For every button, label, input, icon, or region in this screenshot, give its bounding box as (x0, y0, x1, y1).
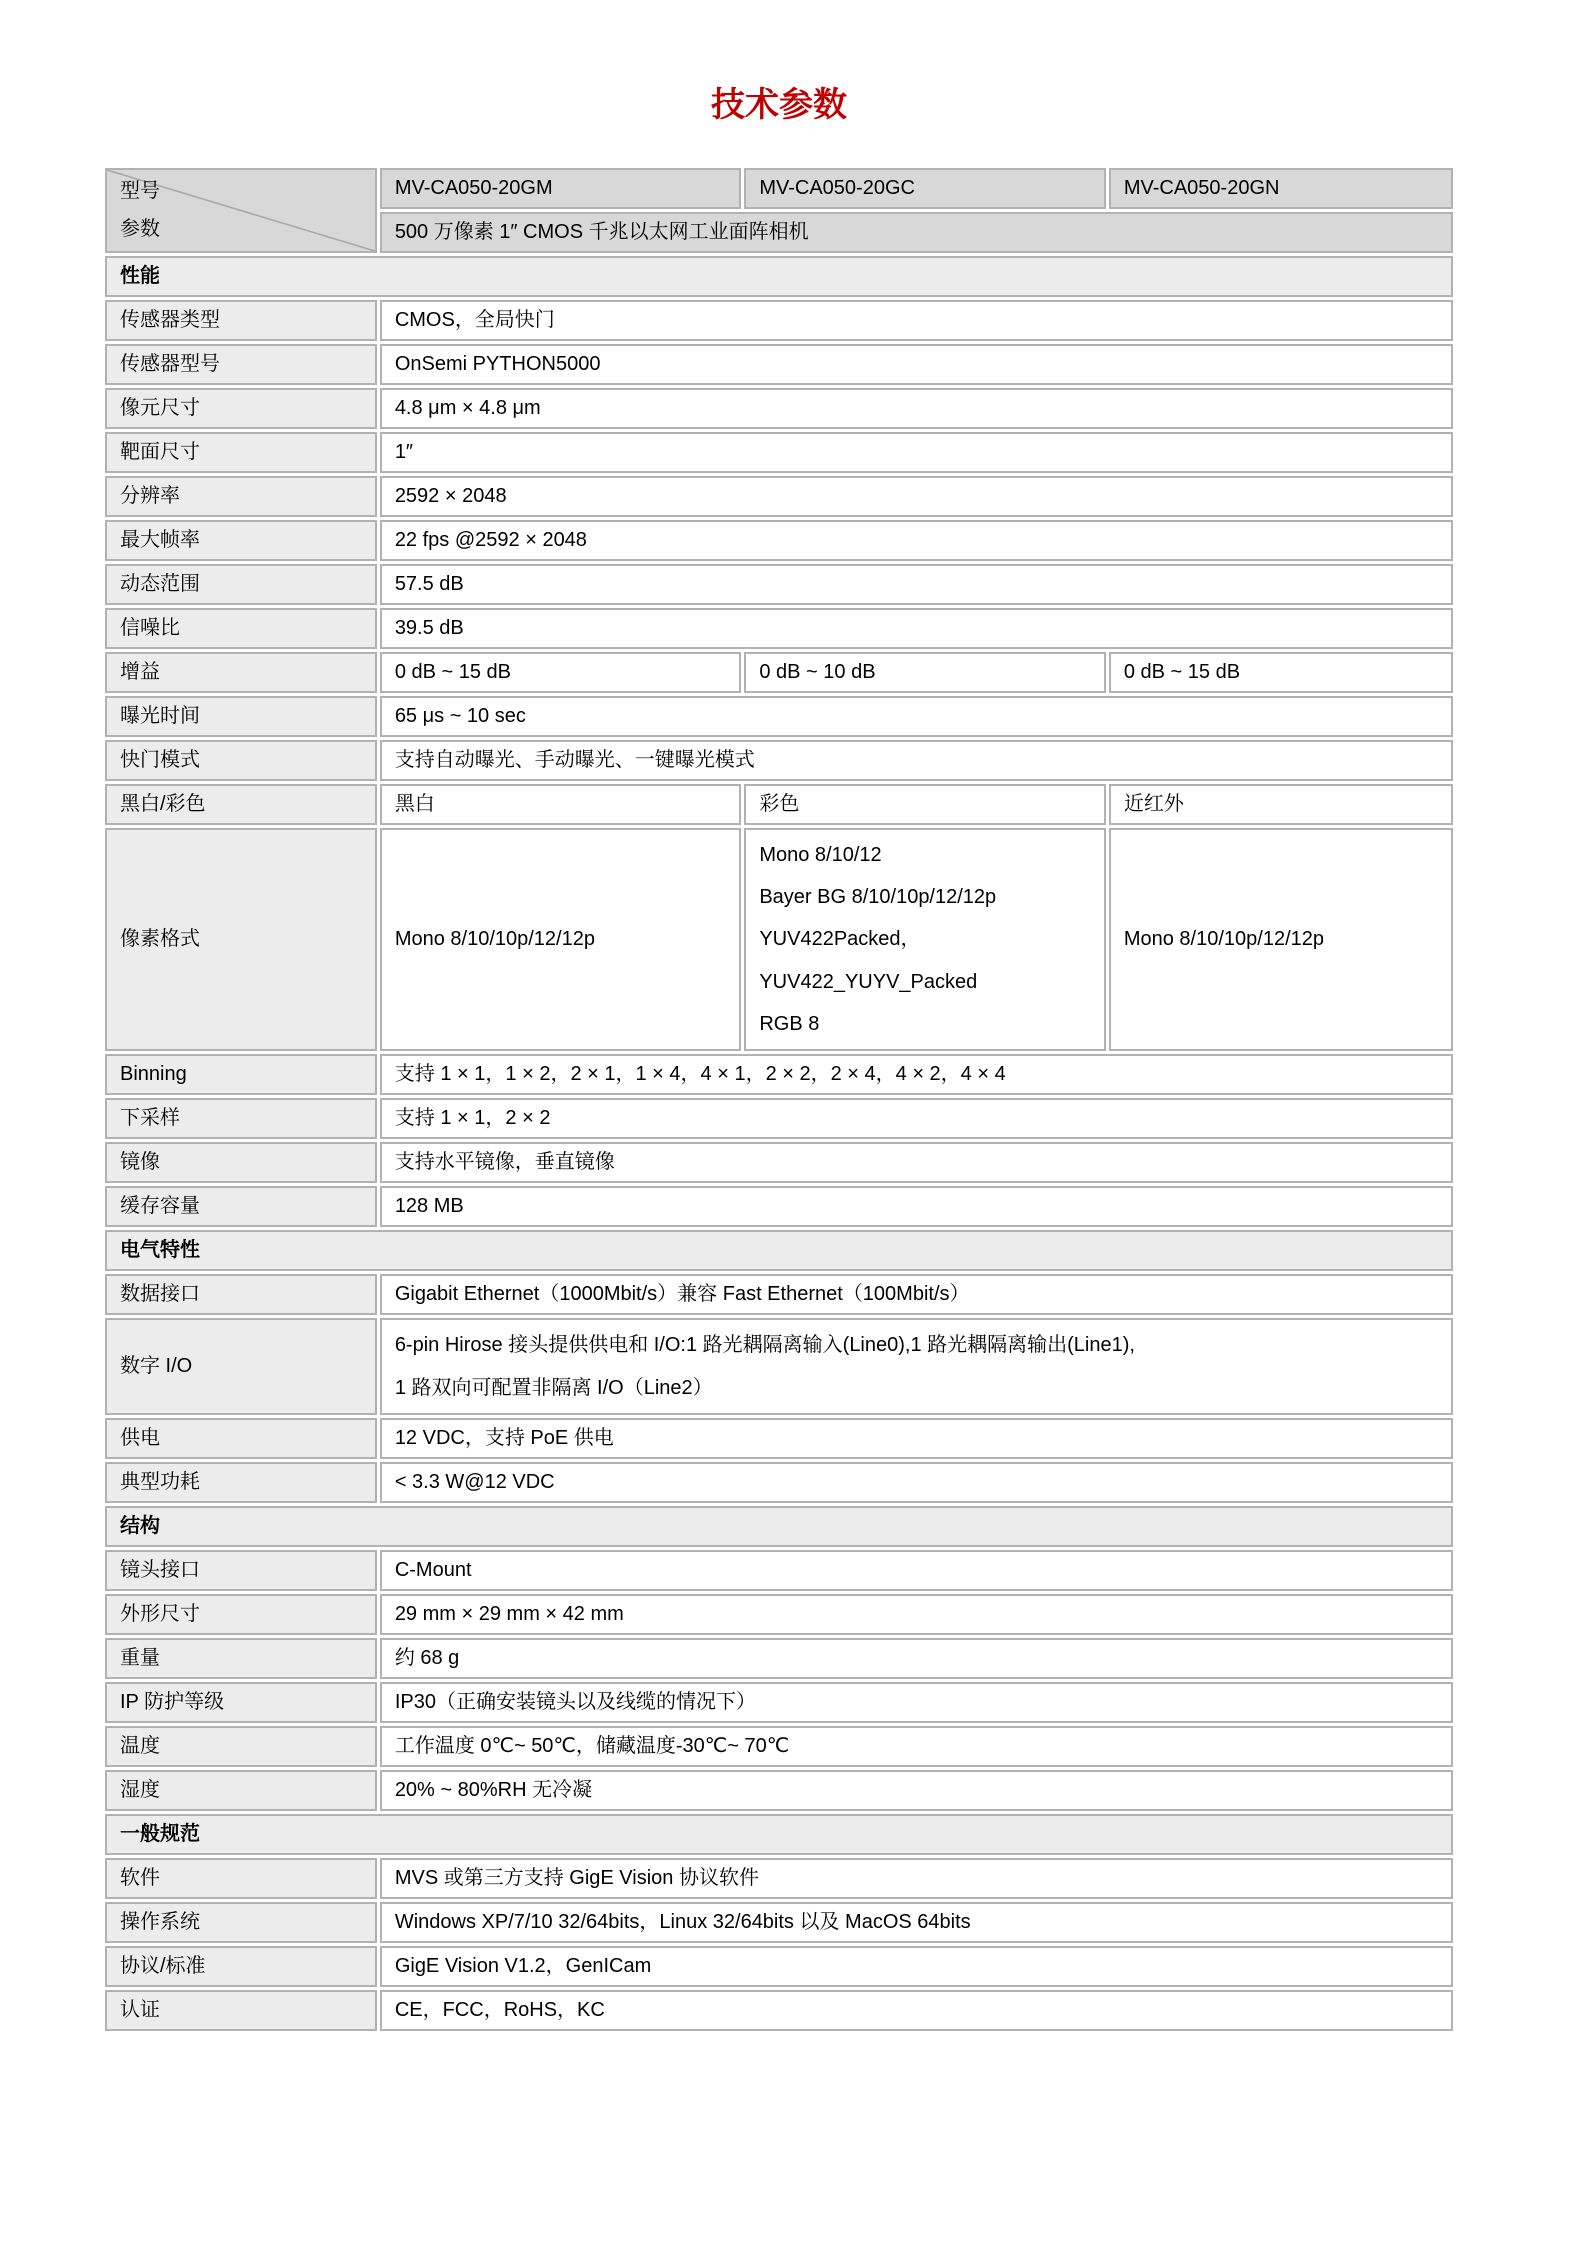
spec-row: 下采样支持 1 × 1，2 × 2 (105, 1098, 1453, 1139)
spec-value: 0 dB ~ 15 dB (1109, 652, 1453, 693)
spec-value: CE，FCC，RoHS，KC (380, 1990, 1453, 2031)
spec-value-line: YUV422_YUYV_Packed (759, 961, 1091, 1003)
row-label: 靶面尺寸 (105, 432, 377, 473)
spec-row: 最大帧率22 fps @2592 × 2048 (105, 520, 1453, 561)
spec-row: 数字 I/O6-pin Hirose 接头提供供电和 I/O:1 路光耦隔离输入… (105, 1318, 1453, 1415)
spec-row: IP 防护等级IP30（正确安装镜头以及线缆的情况下） (105, 1682, 1453, 1723)
section-row: 性能 (105, 256, 1453, 297)
spec-value: IP30（正确安装镜头以及线缆的情况下） (380, 1682, 1453, 1723)
product-summary: 500 万像素 1″ CMOS 千兆以太网工业面阵相机 (380, 212, 1453, 253)
spec-value: 57.5 dB (380, 564, 1453, 605)
spec-row: 传感器型号OnSemi PYTHON5000 (105, 344, 1453, 385)
row-label: 典型功耗 (105, 1462, 377, 1503)
row-label: 镜头接口 (105, 1550, 377, 1591)
spec-value: 支持 1 × 1，1 × 2，2 × 1，1 × 4，4 × 1，2 × 2，2… (380, 1054, 1453, 1095)
row-label: 动态范围 (105, 564, 377, 605)
section-header: 电气特性 (105, 1230, 1453, 1271)
spec-row: 供电12 VDC，支持 PoE 供电 (105, 1418, 1453, 1459)
section-header: 性能 (105, 256, 1453, 297)
header-row-models: 型号参数MV-CA050-20GMMV-CA050-20GCMV-CA050-2… (105, 168, 1453, 209)
row-label: 最大帧率 (105, 520, 377, 561)
corner-cell: 型号参数 (105, 168, 377, 253)
spec-value: 0 dB ~ 10 dB (744, 652, 1106, 693)
section-header: 一般规范 (105, 1814, 1453, 1855)
spec-row: 数据接口Gigabit Ethernet（1000Mbit/s）兼容 Fast … (105, 1274, 1453, 1315)
spec-value: 29 mm × 29 mm × 42 mm (380, 1594, 1453, 1635)
spec-value: 6-pin Hirose 接头提供供电和 I/O:1 路光耦隔离输入(Line0… (380, 1318, 1453, 1415)
row-label: 操作系统 (105, 1902, 377, 1943)
row-label: 湿度 (105, 1770, 377, 1811)
row-label: 传感器类型 (105, 300, 377, 341)
spec-value: MVS 或第三方支持 GigE Vision 协议软件 (380, 1858, 1453, 1899)
row-label: 分辨率 (105, 476, 377, 517)
spec-value: 0 dB ~ 15 dB (380, 652, 742, 693)
spec-value: 支持水平镜像，垂直镜像 (380, 1142, 1453, 1183)
spec-value: < 3.3 W@12 VDC (380, 1462, 1453, 1503)
row-label: 供电 (105, 1418, 377, 1459)
spec-value: 工作温度 0℃~ 50℃，储藏温度-30℃~ 70℃ (380, 1726, 1453, 1767)
spec-value-line: YUV422Packed， (759, 918, 1091, 960)
corner-label-model: 型号 (120, 177, 160, 206)
spec-value: 2592 × 2048 (380, 476, 1453, 517)
spec-value: 支持 1 × 1，2 × 2 (380, 1098, 1453, 1139)
spec-row: 软件MVS 或第三方支持 GigE Vision 协议软件 (105, 1858, 1453, 1899)
spec-row: 操作系统Windows XP/7/10 32/64bits，Linux 32/6… (105, 1902, 1453, 1943)
spec-value: 支持自动曝光、手动曝光、一键曝光模式 (380, 740, 1453, 781)
spec-row: 外形尺寸29 mm × 29 mm × 42 mm (105, 1594, 1453, 1635)
spec-value-line: Mono 8/10/12 (759, 834, 1091, 876)
row-label: 信噪比 (105, 608, 377, 649)
spec-value: 4.8 μm × 4.8 μm (380, 388, 1453, 429)
spec-value: 黑白 (380, 784, 742, 825)
row-label: 温度 (105, 1726, 377, 1767)
row-label: 数字 I/O (105, 1318, 377, 1415)
corner-label-parameter: 参数 (120, 215, 160, 244)
spec-row: 协议/标准GigE Vision V1.2，GenICam (105, 1946, 1453, 1987)
spec-value: 128 MB (380, 1186, 1453, 1227)
spec-table: 型号参数MV-CA050-20GMMV-CA050-20GCMV-CA050-2… (102, 165, 1456, 2035)
page-title: 技术参数 (105, 0, 1453, 127)
row-label: 认证 (105, 1990, 377, 2031)
spec-row: 信噪比39.5 dB (105, 608, 1453, 649)
spec-value: Gigabit Ethernet（1000Mbit/s）兼容 Fast Ethe… (380, 1274, 1453, 1315)
model-name: MV-CA050-20GC (744, 168, 1106, 209)
spec-row: 靶面尺寸1″ (105, 432, 1453, 473)
row-label: IP 防护等级 (105, 1682, 377, 1723)
spec-row: 典型功耗< 3.3 W@12 VDC (105, 1462, 1453, 1503)
spec-value-line: 1 路双向可配置非隔离 I/O（Line2） (395, 1367, 1438, 1409)
spec-row: 湿度20% ~ 80%RH 无冷凝 (105, 1770, 1453, 1811)
row-label: 下采样 (105, 1098, 377, 1139)
spec-row: 镜像支持水平镜像，垂直镜像 (105, 1142, 1453, 1183)
spec-value: OnSemi PYTHON5000 (380, 344, 1453, 385)
row-label: 增益 (105, 652, 377, 693)
spec-row: 温度工作温度 0℃~ 50℃，储藏温度-30℃~ 70℃ (105, 1726, 1453, 1767)
row-label: 重量 (105, 1638, 377, 1679)
section-header: 结构 (105, 1506, 1453, 1547)
spec-row: 像素格式Mono 8/10/10p/12/12pMono 8/10/12Baye… (105, 828, 1453, 1052)
row-label: 软件 (105, 1858, 377, 1899)
row-label: 黑白/彩色 (105, 784, 377, 825)
spec-row: 黑白/彩色黑白彩色近红外 (105, 784, 1453, 825)
spec-value: 22 fps @2592 × 2048 (380, 520, 1453, 561)
spec-row: 重量约 68 g (105, 1638, 1453, 1679)
spec-row: 像元尺寸4.8 μm × 4.8 μm (105, 388, 1453, 429)
section-row: 一般规范 (105, 1814, 1453, 1855)
row-label: 快门模式 (105, 740, 377, 781)
spec-row: 动态范围57.5 dB (105, 564, 1453, 605)
row-label: 缓存容量 (105, 1186, 377, 1227)
model-name: MV-CA050-20GM (380, 168, 742, 209)
spec-row: 传感器类型CMOS，全局快门 (105, 300, 1453, 341)
spec-value-line: Bayer BG 8/10/10p/12/12p (759, 876, 1091, 918)
spec-value: Windows XP/7/10 32/64bits，Linux 32/64bit… (380, 1902, 1453, 1943)
spec-row: 镜头接口C-Mount (105, 1550, 1453, 1591)
spec-value: C-Mount (380, 1550, 1453, 1591)
row-label: 外形尺寸 (105, 1594, 377, 1635)
spec-value: 65 μs ~ 10 sec (380, 696, 1453, 737)
row-label: 协议/标准 (105, 1946, 377, 1987)
row-label: 传感器型号 (105, 344, 377, 385)
spec-value: 1″ (380, 432, 1453, 473)
spec-row: Binning支持 1 × 1，1 × 2，2 × 1，1 × 4，4 × 1，… (105, 1054, 1453, 1095)
spec-table-body: 型号参数MV-CA050-20GMMV-CA050-20GCMV-CA050-2… (105, 168, 1453, 2032)
spec-value: Mono 8/10/10p/12/12p (380, 828, 742, 1052)
row-label: 像元尺寸 (105, 388, 377, 429)
spec-row: 缓存容量128 MB (105, 1186, 1453, 1227)
spec-row: 认证CE，FCC，RoHS，KC (105, 1990, 1453, 2031)
row-label: 数据接口 (105, 1274, 377, 1315)
spec-value: Mono 8/10/10p/12/12p (1109, 828, 1453, 1052)
datasheet-page: 技术参数 型号参数MV-CA050-20GMMV-CA050-20GCMV-CA… (0, 0, 1588, 2034)
model-name: MV-CA050-20GN (1109, 168, 1453, 209)
spec-value: 20% ~ 80%RH 无冷凝 (380, 1770, 1453, 1811)
spec-value: 近红外 (1109, 784, 1453, 825)
spec-value: 12 VDC，支持 PoE 供电 (380, 1418, 1453, 1459)
spec-value: GigE Vision V1.2，GenICam (380, 1946, 1453, 1987)
row-label: Binning (105, 1054, 377, 1095)
section-row: 电气特性 (105, 1230, 1453, 1271)
spec-value: 39.5 dB (380, 608, 1453, 649)
section-row: 结构 (105, 1506, 1453, 1547)
spec-value: 约 68 g (380, 1638, 1453, 1679)
spec-row: 增益0 dB ~ 15 dB0 dB ~ 10 dB0 dB ~ 15 dB (105, 652, 1453, 693)
row-label: 曝光时间 (105, 696, 377, 737)
spec-row: 快门模式支持自动曝光、手动曝光、一键曝光模式 (105, 740, 1453, 781)
spec-row: 分辨率2592 × 2048 (105, 476, 1453, 517)
spec-value-line: 6-pin Hirose 接头提供供电和 I/O:1 路光耦隔离输入(Line0… (395, 1324, 1438, 1366)
row-label: 镜像 (105, 1142, 377, 1183)
spec-value: CMOS，全局快门 (380, 300, 1453, 341)
row-label: 像素格式 (105, 828, 377, 1052)
spec-row: 曝光时间65 μs ~ 10 sec (105, 696, 1453, 737)
spec-value: Mono 8/10/12Bayer BG 8/10/10p/12/12pYUV4… (744, 828, 1106, 1052)
spec-value: 彩色 (744, 784, 1106, 825)
spec-value-line: RGB 8 (759, 1003, 1091, 1045)
